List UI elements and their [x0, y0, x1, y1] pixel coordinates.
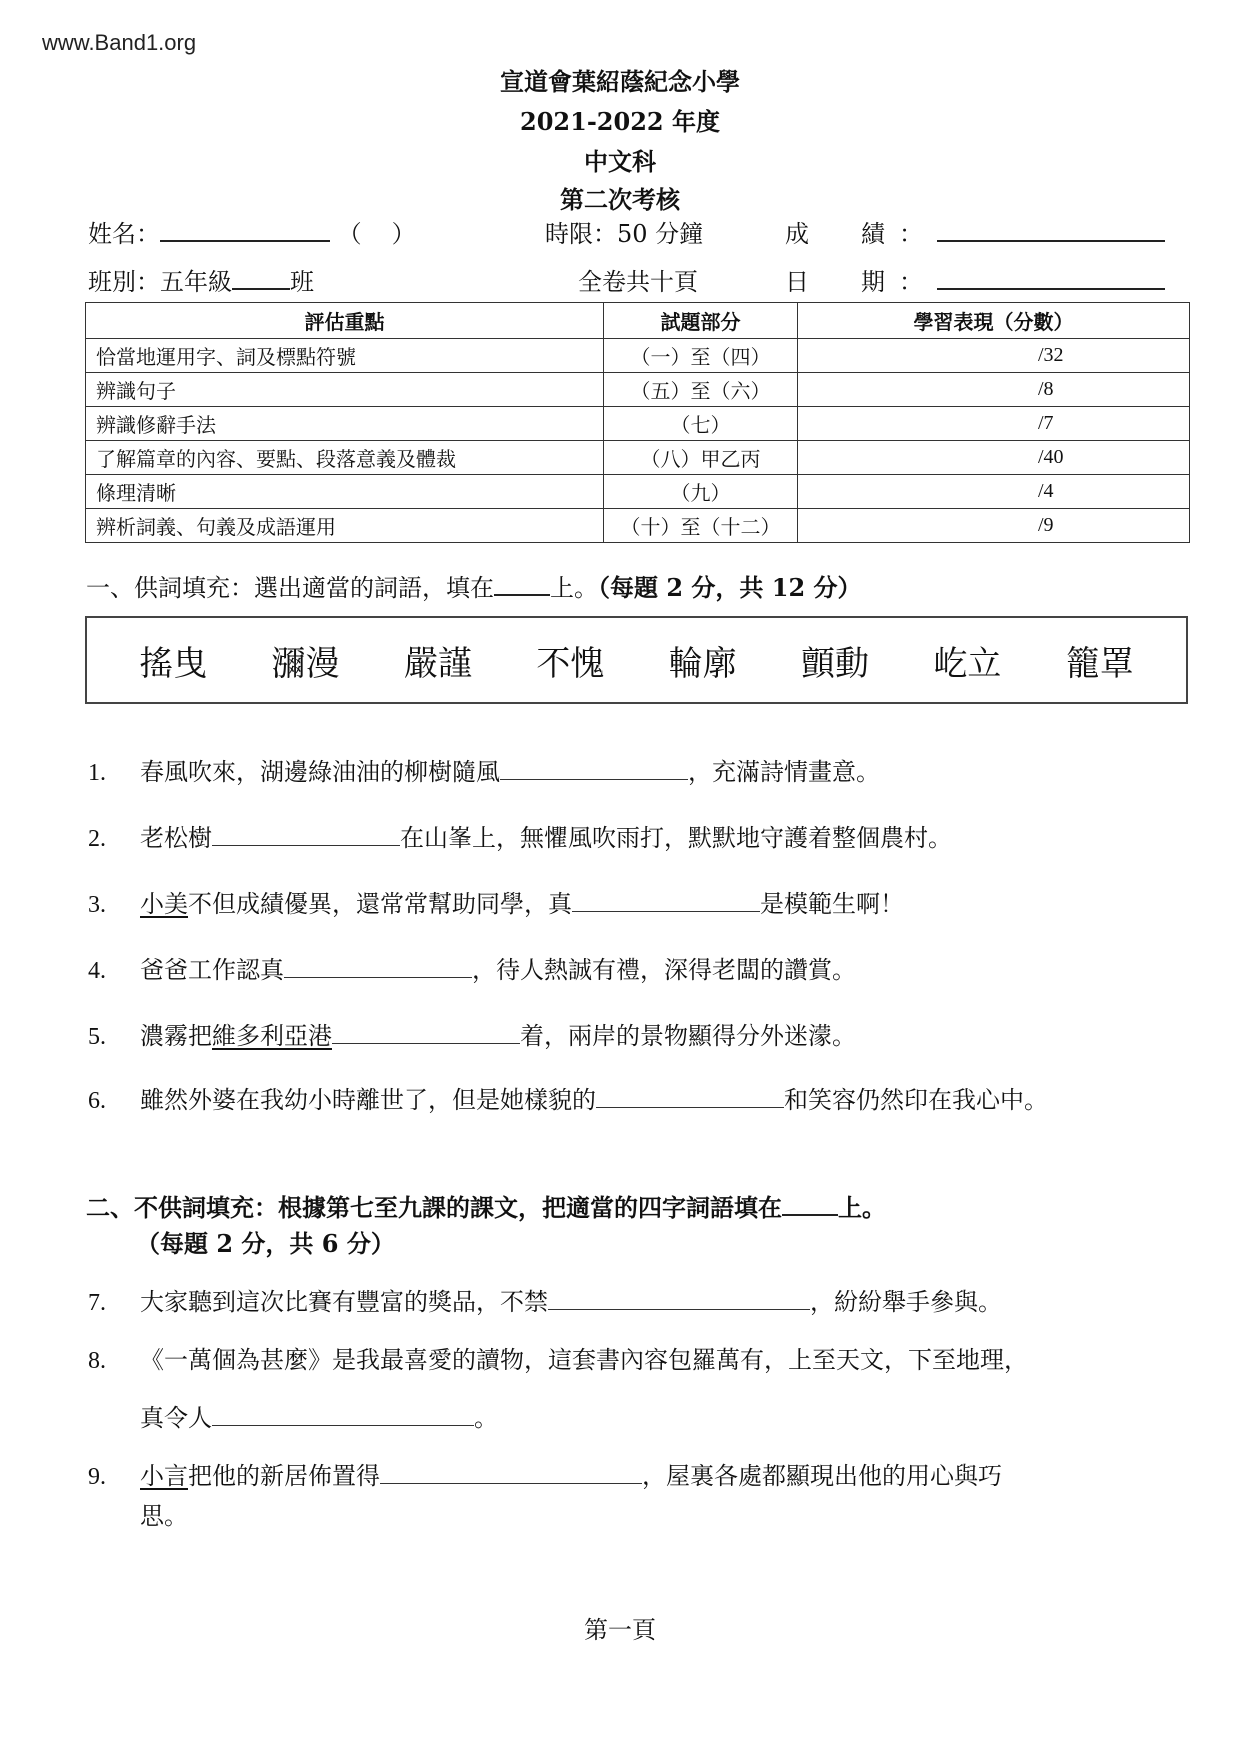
question-text: 濃霧把: [140, 1022, 212, 1050]
question-text: 是模範生啊！: [760, 890, 904, 918]
question-number: 1.: [88, 760, 140, 787]
school-name: 宣道會葉紹蔭紀念小學: [0, 62, 1240, 97]
watermark: www.Band1.org: [42, 30, 196, 56]
score-cell: /7: [798, 407, 1190, 441]
school-year: 2021-2022 年度: [0, 102, 1240, 137]
assessment-table: 評估重點 試題部分 學習表現（分數） 恰當地運用字、詞及標點符號 （一）至（四）…: [85, 302, 1190, 543]
question-number: 7.: [88, 1290, 140, 1317]
word-bank: 搖曳 瀰漫 嚴謹 不愧 輪廓 顫動 屹立 籠罩: [85, 616, 1188, 704]
question-text: 把他的新居佈置得: [188, 1462, 380, 1490]
part-cell: （一）至（四）: [604, 339, 798, 373]
class-row: 班別：五年級班: [88, 262, 314, 297]
proper-noun: 小言: [140, 1462, 188, 1490]
score-field[interactable]: [937, 216, 1165, 242]
answer-blank[interactable]: [380, 1461, 642, 1484]
question-text: 《一萬個為甚麼》是我最喜愛的讀物，這套書內容包羅萬有，上至天文，下至地理，: [140, 1346, 1028, 1374]
word-bank-item: 顫動: [801, 636, 869, 685]
word-bank-item: 嚴謹: [404, 636, 472, 685]
answer-blank[interactable]: [212, 1403, 474, 1426]
table-row: 辨析詞義、句義及成語運用 （十）至（十二） /9: [86, 509, 1190, 543]
word-bank-item: 不愧: [536, 636, 604, 685]
focus-cell: 辨析詞義、句義及成語運用: [86, 509, 604, 543]
section1-instruction: 一、供詞填充：選出適當的詞語，填在上。（每題 2 分，共 12 分）: [86, 568, 862, 603]
table-row: 了解篇章的內容、要點、段落意義及體裁 （八）甲乙丙 /40: [86, 441, 1190, 475]
question-3: 3.小美不但成績優異，還常常幫助同學，真是模範生啊！: [88, 884, 904, 919]
question-text: 不但成績優異，還常常幫助同學，真: [188, 890, 572, 918]
answer-blank[interactable]: [596, 1085, 784, 1108]
table-header-row: 評估重點 試題部分 學習表現（分數）: [86, 303, 1190, 339]
class-label: 班別：五年級: [88, 268, 232, 296]
section1-marks: （每題 2 分，共 12 分）: [598, 573, 862, 602]
score-row: 成 績：: [785, 214, 1165, 249]
date-field[interactable]: [937, 264, 1165, 290]
question-text: 老松樹: [140, 824, 212, 852]
question-number: 6.: [88, 1088, 140, 1115]
section1-instruction-suffix: 上。: [550, 574, 598, 602]
question-text: 在山峯上，無懼風吹雨打，默默地守護着整個農村。: [400, 824, 952, 852]
name-field[interactable]: [160, 216, 330, 242]
table-row: 恰當地運用字、詞及標點符號 （一）至（四） /32: [86, 339, 1190, 373]
time-limit: 時限：50 分鐘: [545, 214, 703, 249]
word-bank-item: 瀰漫: [272, 636, 340, 685]
section2-instruction: 二、不供詞填充：根據第七至九課的課文，把適當的四字詞語填在上。: [86, 1188, 886, 1223]
blank-sample: [782, 1194, 838, 1216]
total-pages: 全卷共十頁: [578, 262, 698, 297]
date-label: 日 期：: [785, 268, 937, 296]
question-9: 9.小言把他的新居佈置得，屋裏各處都顯現出他的用心與巧: [88, 1456, 1002, 1491]
question-text: 大家聽到這次比賽有豐富的獎品，不禁: [140, 1288, 548, 1316]
class-suffix: 班: [290, 268, 314, 296]
exam-title: 第二次考核: [0, 180, 1240, 215]
score-cell: /4: [798, 475, 1190, 509]
answer-blank[interactable]: [548, 1287, 810, 1310]
blank-sample: [494, 574, 550, 596]
class-field[interactable]: [232, 264, 290, 290]
question-text: 雖然外婆在我幼小時離世了，但是她樣貌的: [140, 1086, 596, 1114]
question-1: 1.春風吹來，湖邊綠油油的柳樹隨風，充滿詩情畫意。: [88, 752, 880, 787]
question-number: 4.: [88, 958, 140, 985]
score-cell: /40: [798, 441, 1190, 475]
section1-instruction-text: 一、供詞填充：選出適當的詞語，填在: [86, 574, 494, 602]
word-bank-item: 搖曳: [139, 636, 207, 685]
name-label: 姓名：: [88, 220, 160, 248]
part-cell: （九）: [604, 475, 798, 509]
question-text: 春風吹來，湖邊綠油油的柳樹隨風: [140, 758, 500, 786]
word-bank-item: 輪廓: [669, 636, 737, 685]
focus-cell: 了解篇章的內容、要點、段落意義及體裁: [86, 441, 604, 475]
table-row: 辨識句子 （五）至（六） /8: [86, 373, 1190, 407]
question-text: ，屋裏各處都顯現出他的用心與巧: [642, 1462, 1002, 1490]
class-number-close: ）: [392, 220, 416, 248]
class-number-open: （: [338, 220, 362, 248]
question-8-line2: 真令人。: [140, 1398, 498, 1433]
section2-instruction-text: 二、不供詞填充：根據第七至九課的課文，把適當的四字詞語填在: [86, 1193, 782, 1222]
question-number: 5.: [88, 1024, 140, 1051]
question-8: 8.《一萬個為甚麼》是我最喜愛的讀物，這套書內容包羅萬有，上至天文，下至地理，: [88, 1340, 1028, 1375]
focus-cell: 辨識句子: [86, 373, 604, 407]
section2-marks: （每題 2 分，共 6 分）: [136, 1224, 395, 1259]
header-focus: 評估重點: [86, 303, 604, 339]
answer-blank[interactable]: [284, 955, 472, 978]
header-part: 試題部分: [604, 303, 798, 339]
proper-noun: 維多利亞港: [212, 1022, 332, 1050]
part-cell: （五）至（六）: [604, 373, 798, 407]
score-cell: /9: [798, 509, 1190, 543]
section2-instruction-suffix: 上。: [838, 1193, 886, 1222]
part-cell: （七）: [604, 407, 798, 441]
question-4: 4.爸爸工作認真，待人熱誠有禮，深得老闆的讚賞。: [88, 950, 856, 985]
question-6: 6.雖然外婆在我幼小時離世了，但是她樣貌的和笑容仍然印在我心中。: [88, 1080, 1048, 1115]
question-number: 2.: [88, 826, 140, 853]
focus-cell: 恰當地運用字、詞及標點符號: [86, 339, 604, 373]
question-7: 7.大家聽到這次比賽有豐富的獎品，不禁，紛紛舉手參與。: [88, 1282, 1002, 1317]
question-text: 。: [474, 1404, 498, 1432]
answer-blank[interactable]: [572, 889, 760, 912]
question-text: 和笑容仍然印在我心中。: [784, 1086, 1048, 1114]
question-text: 爸爸工作認真: [140, 956, 284, 984]
question-number: 9.: [88, 1464, 140, 1491]
answer-blank[interactable]: [500, 757, 688, 780]
word-bank-item: 屹立: [933, 636, 1001, 685]
question-text: 真令人: [140, 1404, 212, 1432]
focus-cell: 條理清晰: [86, 475, 604, 509]
word-bank-item: 籠罩: [1066, 636, 1134, 685]
page-number: 第一頁: [0, 1610, 1240, 1645]
table-row: 辨識修辭手法 （七） /7: [86, 407, 1190, 441]
question-9-line2: 思。: [140, 1496, 188, 1531]
question-text: ，待人熱誠有禮，深得老闆的讚賞。: [472, 956, 856, 984]
table-row: 條理清晰 （九） /4: [86, 475, 1190, 509]
date-row: 日 期：: [785, 262, 1165, 297]
score-label: 成 績：: [785, 220, 937, 248]
part-cell: （八）甲乙丙: [604, 441, 798, 475]
answer-blank[interactable]: [332, 1021, 520, 1044]
question-text: ，充滿詩情畫意。: [688, 758, 880, 786]
focus-cell: 辨識修辭手法: [86, 407, 604, 441]
header-score: 學習表現（分數）: [798, 303, 1190, 339]
name-row: 姓名： （）: [88, 214, 416, 249]
part-cell: （十）至（十二）: [604, 509, 798, 543]
question-text: ，紛紛舉手參與。: [810, 1288, 1002, 1316]
proper-noun: 小美: [140, 890, 188, 918]
answer-blank[interactable]: [212, 823, 400, 846]
question-2: 2.老松樹在山峯上，無懼風吹雨打，默默地守護着整個農村。: [88, 818, 952, 853]
question-number: 3.: [88, 892, 140, 919]
score-cell: /32: [798, 339, 1190, 373]
question-5: 5.濃霧把維多利亞港着，兩岸的景物顯得分外迷濛。: [88, 1016, 856, 1051]
question-text: 着，兩岸的景物顯得分外迷濛。: [520, 1022, 856, 1050]
subject: 中文科: [0, 142, 1240, 177]
question-number: 8.: [88, 1348, 140, 1375]
score-cell: /8: [798, 373, 1190, 407]
